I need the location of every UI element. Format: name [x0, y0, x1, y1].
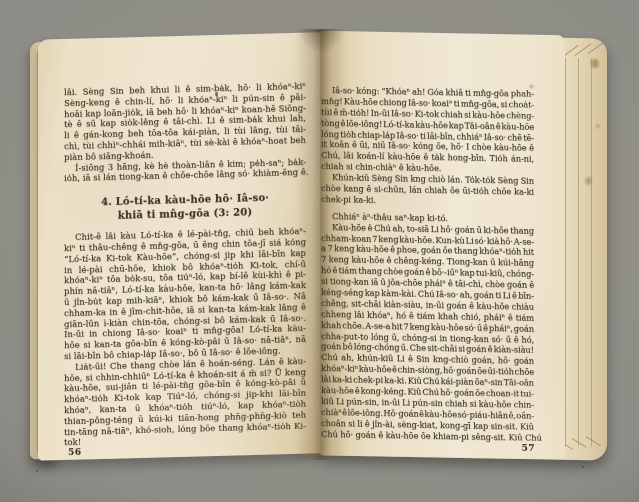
sheet-corner-line — [586, 436, 601, 446]
page-number-left: 56 — [68, 448, 82, 458]
paragraph: Kàu-hōeêChúah,to-siāLihō·goánūki-hōethan… — [321, 221, 534, 443]
sheet-corner-line — [572, 438, 587, 448]
page-right-text: Iâ-so·kóng:“Khóaⁿah!Góakhiātimn̂g-gōapha… — [321, 85, 534, 443]
book-page-right: Iâ-so·kóng:“Khóaⁿah!Góakhiātimn̂g-gōapha… — [320, 31, 565, 459]
sheet-edge-line — [578, 58, 579, 446]
paragraph: Iâ-so·kóng:“Khóaⁿah!Góakhiātimn̂g-gōapha… — [321, 85, 534, 176]
page-left-text: lâi.SèngSinbehkhuiliêsim-ba̍k,hō·likhóaⁿ… — [64, 82, 306, 449]
paragraph: Chit-ēlâikàuLó-tí-kaêlé-pài-tn̂g,chiūbeh… — [64, 227, 306, 363]
sheet-edge-line — [565, 58, 566, 446]
book-page-left: lâi.SèngSinbehkhuiliêsim-ba̍k,hō·likhóaⁿ… — [38, 32, 320, 460]
paragraph: lâi.SèngSinbehkhuiliêsim-ba̍k,hō·likhóaⁿ… — [64, 82, 306, 164]
open-book: lâi.SèngSinbehkhuiliêsim-ba̍k,hō·likhóaⁿ… — [0, 0, 639, 502]
section-heading: 4. Ló-tí-ka kàu-hōe hō· Iâ-so·khiā ti mn… — [64, 191, 306, 224]
page-number-right: 57 — [517, 443, 535, 453]
paragraph: Lia̍t-ūi!Chethangchòelánêhoán-séng.Lánêk… — [64, 356, 306, 449]
paragraph: Khún-kiûSèngSinkngchiòlán.To̍k-to̍kSèngS… — [321, 172, 534, 209]
sheet-edge-line — [591, 58, 592, 446]
photo-background: lâi.SèngSinbehkhuiliêsim-ba̍k,hō·likhóaⁿ… — [0, 0, 639, 502]
